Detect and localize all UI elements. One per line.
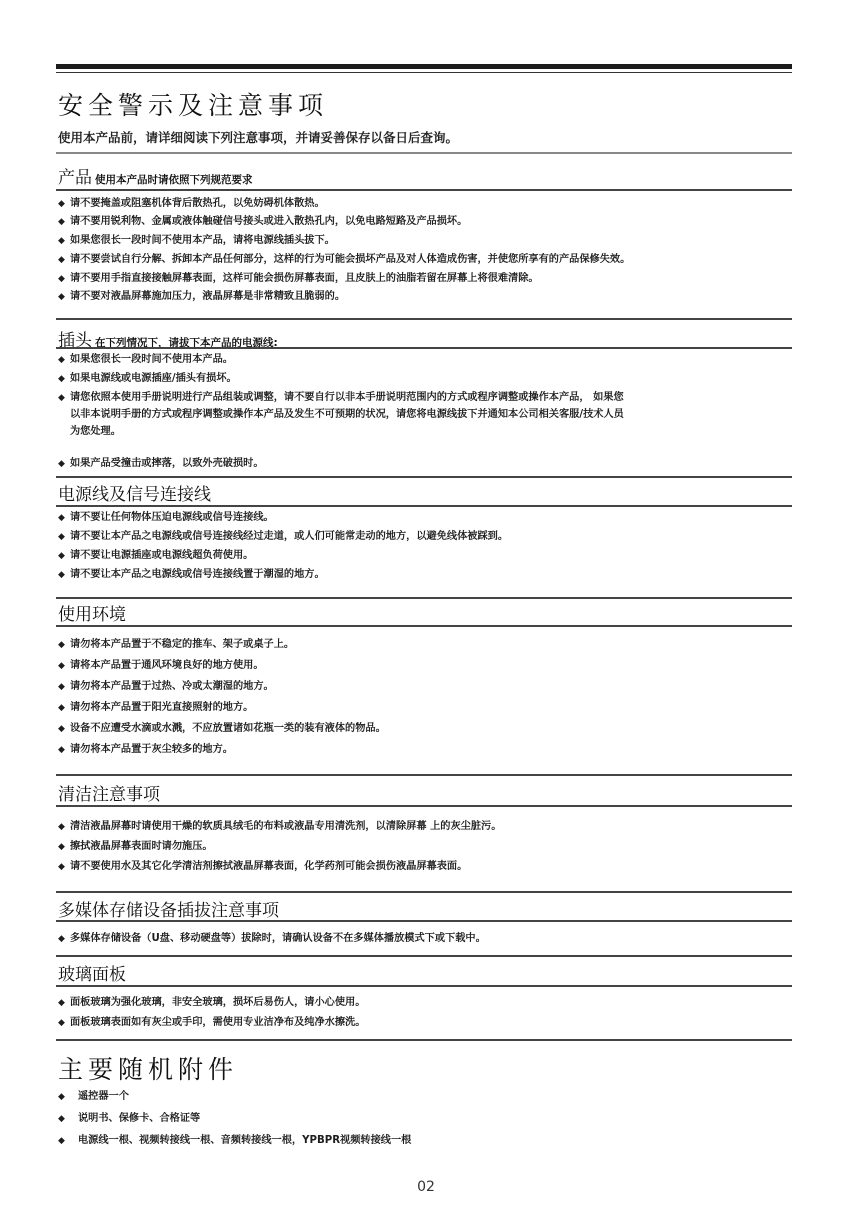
list-item: ◆请不要用锐利物、金属或液体触碰信号接头或进入散热孔内，以免电路短路及产品损坏。 xyxy=(58,215,467,229)
list-item: ◆请将本产品置于通风环境良好的地方使用。 xyxy=(58,659,264,673)
list-item: ◆如果您很长一段时间不使用本产品，请将电源线插头拔下。 xyxy=(58,234,335,248)
divider xyxy=(56,1039,792,1041)
section-heading-label: 产品 xyxy=(58,168,92,188)
diamond-bullet-icon: ◆ xyxy=(58,530,68,544)
divider xyxy=(56,318,792,320)
list-item-text: 请不要用锐利物、金属或液体触碰信号接头或进入散热孔内，以免电路短路及产品损坏。 xyxy=(70,216,467,227)
list-item: ◆请勿将本产品置于阳光直接照射的地方。 xyxy=(58,701,253,715)
list-item-text: 请不要使用水及其它化学清洁剂擦拭液晶屏幕表面，化学药剂可能会损伤液晶屏幕表面。 xyxy=(70,861,467,872)
list-item-text: 清洁液晶屏幕时请使用干燥的软质具绒毛的布料或液晶专用清洗剂，以清除屏幕 上的灰尘… xyxy=(70,821,501,832)
list-item-text-line: 为您处理。 xyxy=(58,425,624,439)
divider xyxy=(56,920,792,922)
top-thin-rule xyxy=(56,72,792,73)
list-item-text: 如果您很长一段时间不使用本产品。 xyxy=(70,354,233,365)
diamond-bullet-icon: ◆ xyxy=(58,1090,76,1104)
diamond-bullet-icon: ◆ xyxy=(58,659,68,673)
list-item: ◆设备不应遭受水滴或水溅，不应放置诸如花瓶一类的装有液体的物品。 xyxy=(58,722,386,736)
list-item: ◆清洁液晶屏幕时请使用干燥的软质具绒毛的布料或液晶专用清洗剂，以清除屏幕 上的灰… xyxy=(58,820,501,834)
list-item-text: 请勿将本产品置于灰尘较多的地方。 xyxy=(70,744,233,755)
list-item-text: 请不要让任何物体压迫电源线或信号连接线。 xyxy=(70,512,274,523)
diamond-bullet-icon: ◆ xyxy=(58,860,68,874)
list-item: ◆请不要让电源插座或电源线超负荷使用。 xyxy=(58,549,253,563)
divider xyxy=(56,347,792,349)
list-item-text: 如果产品受撞击或摔落，以致外壳破损时。 xyxy=(70,458,264,469)
list-item-text: 说明书、保修卡、合格证等 xyxy=(78,1113,200,1124)
list-item: ◆请不要让本产品之电源线或信号连接线置于潮湿的地方。 xyxy=(58,568,325,582)
diamond-bullet-icon: ◆ xyxy=(58,680,68,694)
divider xyxy=(56,805,792,807)
divider xyxy=(56,505,792,507)
divider xyxy=(56,189,792,191)
diamond-bullet-icon: ◆ xyxy=(58,391,68,405)
accessories-title: 主要随机附件 xyxy=(58,1050,238,1086)
intro-text: 使用本产品前，请详细阅读下列注意事项，并请妥善保存以备日后查询。 xyxy=(58,128,458,146)
list-item-text: 请不要让本产品之电源线或信号连接线置于潮湿的地方。 xyxy=(70,569,325,580)
list-item-text: 请勿将本产品置于过热、冷或太潮湿的地方。 xyxy=(70,681,274,692)
list-item: ◆请勿将本产品置于灰尘较多的地方。 xyxy=(58,743,233,757)
diamond-bullet-icon: ◆ xyxy=(58,568,68,582)
diamond-bullet-icon: ◆ xyxy=(58,820,68,834)
diamond-bullet-icon: ◆ xyxy=(58,1134,76,1148)
diamond-bullet-icon: ◆ xyxy=(58,722,68,736)
list-item: ◆请不要使用水及其它化学清洁剂擦拭液晶屏幕表面，化学药剂可能会损伤液晶屏幕表面。 xyxy=(58,860,467,874)
list-item-text: 请不要用手指直接接触屏幕表面，这样可能会损伤屏幕表面，且皮肤上的油脂若留在屏幕上… xyxy=(70,273,539,284)
divider xyxy=(56,891,792,893)
list-item-text: 擦拭液晶屏幕表面时请勿施压。 xyxy=(70,841,213,852)
divider xyxy=(56,625,792,627)
list-item-text: 请勿将本产品置于阳光直接照射的地方。 xyxy=(70,702,253,713)
list-item-text: 请不要尝试自行分解、拆卸本产品任何部分，这样的行为可能会损坏产品及对人体造成伤害… xyxy=(70,254,630,265)
list-item-text: 请勿将本产品置于不稳定的推车、架子或桌子上。 xyxy=(70,639,294,650)
list-item: ◆请不要让任何物体压迫电源线或信号连接线。 xyxy=(58,511,274,525)
section-heading-media-storage: 多媒体存储设备插拔注意事项 xyxy=(58,896,279,921)
divider xyxy=(56,476,792,478)
list-item-text: 请不要掩盖或阻塞机体背后散热孔，以免妨碍机体散热。 xyxy=(70,198,325,209)
section-heading-power-cable: 电源线及信号连接线 xyxy=(58,480,211,505)
list-item: ◆说明书、保修卡、合格证等 xyxy=(58,1112,200,1126)
list-item: ◆请不要让本产品之电源线或信号连接线经过走道，或人们可能常走动的地方，以避免线体… xyxy=(58,530,508,544)
list-item-text: 面板玻璃表面如有灰尘或手印，需使用专业洁净布及纯净水擦洗。 xyxy=(70,1017,365,1028)
diamond-bullet-icon: ◆ xyxy=(58,197,68,211)
diamond-bullet-icon: ◆ xyxy=(58,549,68,563)
list-item: ◆如果电源线或电源插座/插头有损坏。 xyxy=(58,372,237,386)
list-item-text: 电源线一根、视频转接线一根、音频转接线一根，YPBPR视频转接线一根 xyxy=(78,1135,411,1146)
list-item: ◆如果产品受撞击或摔落，以致外壳破损时。 xyxy=(58,457,264,471)
divider xyxy=(56,152,792,154)
page-title: 安全警示及注意事项 xyxy=(58,86,328,122)
list-item: ◆请不要对液晶屏幕施加压力，液晶屏幕是非常精致且脆弱的。 xyxy=(58,290,345,304)
divider xyxy=(56,985,792,987)
diamond-bullet-icon: ◆ xyxy=(58,932,68,946)
diamond-bullet-icon: ◆ xyxy=(58,253,68,267)
page-number: 02 xyxy=(0,1179,852,1195)
diamond-bullet-icon: ◆ xyxy=(58,1112,76,1126)
divider xyxy=(56,774,792,776)
diamond-bullet-icon: ◆ xyxy=(58,215,68,229)
list-item-text: 面板玻璃为强化玻璃，非安全玻璃，损坏后易伤人，请小心使用。 xyxy=(70,997,365,1008)
list-item-text-line: 以非本说明手册的方式或程序调整或操作本产品及发生不可预期的状况，请您将电源线拔下… xyxy=(58,405,624,425)
list-item: ◆面板玻璃为强化玻璃，非安全玻璃，损坏后易伤人，请小心使用。 xyxy=(58,996,365,1010)
list-item-multiline: ◆请您依照本使用手册说明进行产品组装或调整，请不要自行以非本手册说明范围内的方式… xyxy=(58,391,624,439)
list-item-text: 请将本产品置于通风环境良好的地方使用。 xyxy=(70,660,264,671)
list-item: ◆多媒体存储设备（U盘、移动硬盘等）拔除时，请确认设备不在多媒体播放模式下或下载… xyxy=(58,932,486,946)
diamond-bullet-icon: ◆ xyxy=(58,353,68,367)
list-item: ◆请不要尝试自行分解、拆卸本产品任何部分，这样的行为可能会损坏产品及对人体造成伤… xyxy=(58,253,630,267)
diamond-bullet-icon: ◆ xyxy=(58,1016,68,1030)
section-heading-glass-panel: 玻璃面板 xyxy=(58,960,126,985)
top-thick-rule xyxy=(56,64,792,69)
diamond-bullet-icon: ◆ xyxy=(58,272,68,286)
list-item-text: 请不要让电源插座或电源线超负荷使用。 xyxy=(70,550,253,561)
list-item: ◆电源线一根、视频转接线一根、音频转接线一根，YPBPR视频转接线一根 xyxy=(58,1134,411,1148)
section-heading-environment: 使用环境 xyxy=(58,600,126,625)
list-item: ◆请不要用手指直接接触屏幕表面，这样可能会损伤屏幕表面，且皮肤上的油脂若留在屏幕… xyxy=(58,272,539,286)
list-item-text: 如果电源线或电源插座/插头有损坏。 xyxy=(70,373,237,384)
list-item: ◆如果您很长一段时间不使用本产品。 xyxy=(58,353,233,367)
section-heading-product: 产品使用本产品时请依照下列规范要求 xyxy=(58,163,253,188)
list-item: ◆擦拭液晶屏幕表面时请勿施压。 xyxy=(58,840,213,854)
diamond-bullet-icon: ◆ xyxy=(58,457,68,471)
list-item-text: 遥控器一个 xyxy=(78,1091,129,1102)
list-item: ◆面板玻璃表面如有灰尘或手印，需使用专业洁净布及纯净水擦洗。 xyxy=(58,1016,365,1030)
list-item: ◆遥控器一个 xyxy=(58,1090,129,1104)
diamond-bullet-icon: ◆ xyxy=(58,701,68,715)
diamond-bullet-icon: ◆ xyxy=(58,840,68,854)
diamond-bullet-icon: ◆ xyxy=(58,234,68,248)
manual-page: 安全警示及注意事项 使用本产品前，请详细阅读下列注意事项，并请妥善保存以备日后查… xyxy=(0,0,852,1231)
section-heading-cleaning: 清洁注意事项 xyxy=(58,780,160,805)
list-item-text: 请不要对液晶屏幕施加压力，液晶屏幕是非常精致且脆弱的。 xyxy=(70,291,345,302)
diamond-bullet-icon: ◆ xyxy=(58,511,68,525)
diamond-bullet-icon: ◆ xyxy=(58,290,68,304)
section-subheading: 使用本产品时请依照下列规范要求 xyxy=(95,174,253,186)
diamond-bullet-icon: ◆ xyxy=(58,743,68,757)
list-item-text: 设备不应遭受水滴或水溅，不应放置诸如花瓶一类的装有液体的物品。 xyxy=(70,723,386,734)
list-item-text: 请不要让本产品之电源线或信号连接线经过走道，或人们可能常走动的地方，以避免线体被… xyxy=(70,531,508,542)
list-item: ◆请不要掩盖或阻塞机体背后散热孔，以免妨碍机体散热。 xyxy=(58,197,325,211)
list-item: ◆请勿将本产品置于不稳定的推车、架子或桌子上。 xyxy=(58,638,294,652)
list-item-text-line: 请您依照本使用手册说明进行产品组装或调整，请不要自行以非本手册说明范围内的方式或… xyxy=(70,392,624,403)
diamond-bullet-icon: ◆ xyxy=(58,372,68,386)
divider xyxy=(56,597,792,599)
divider xyxy=(56,955,792,957)
list-item: ◆请勿将本产品置于过热、冷或太潮湿的地方。 xyxy=(58,680,274,694)
list-item-text: 如果您很长一段时间不使用本产品，请将电源线插头拔下。 xyxy=(70,235,335,246)
diamond-bullet-icon: ◆ xyxy=(58,638,68,652)
list-item-text: 多媒体存储设备（U盘、移动硬盘等）拔除时，请确认设备不在多媒体播放模式下或下载中… xyxy=(70,933,486,944)
diamond-bullet-icon: ◆ xyxy=(58,996,68,1010)
